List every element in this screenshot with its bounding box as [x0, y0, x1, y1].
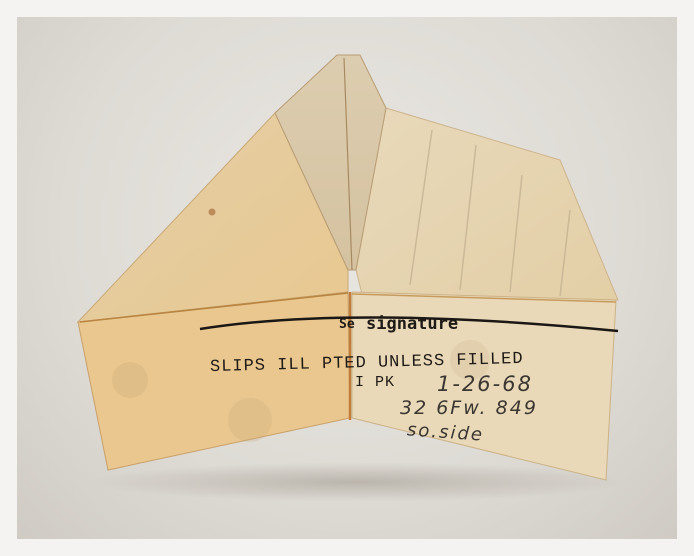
handwritten-date: 1-26-68: [437, 372, 533, 396]
paper-airplane: [17, 17, 677, 539]
handwritten-line-2: 32 6Fw. 849: [400, 397, 538, 419]
photograph: Se signature SLIPS ILL PTED UNLESS FILLE…: [17, 17, 677, 539]
printed-line-partial: I PK: [355, 374, 395, 391]
printed-header-partial: Se: [339, 317, 355, 332]
printed-header-signature: signature: [366, 314, 458, 334]
